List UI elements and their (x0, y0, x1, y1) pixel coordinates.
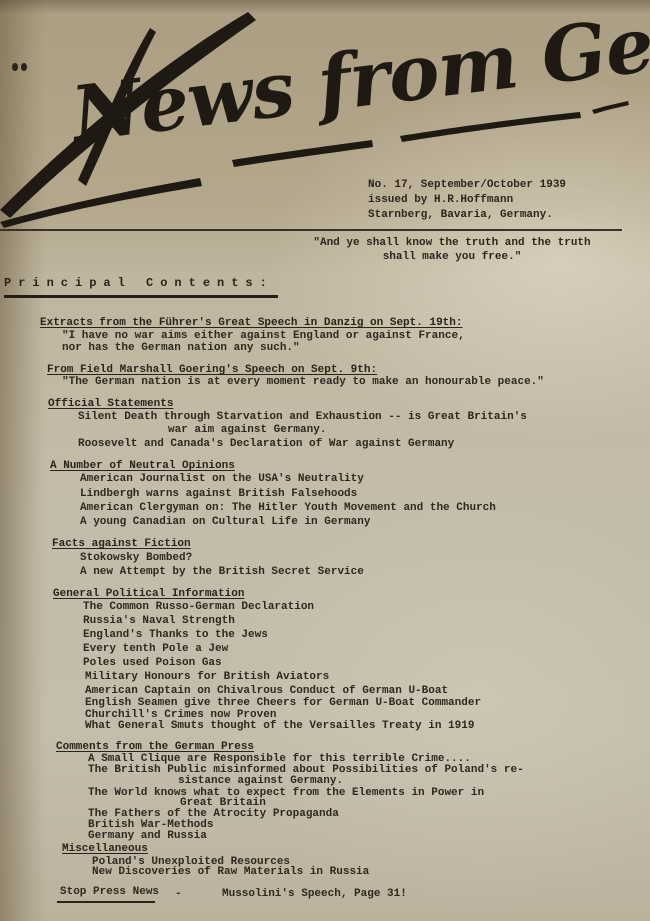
list-item: Roosevelt and Canada's Declaration of Wa… (78, 438, 454, 450)
list-item: Military Honours for British Aviators (85, 671, 329, 683)
list-item: American Journalist on the USA's Neutral… (80, 473, 364, 485)
list-item: "I have no war aims either against Engla… (62, 330, 465, 342)
list-item: The World knows what to expect from the … (88, 787, 484, 799)
stop-press-label: Stop Press News (60, 886, 159, 898)
section-heading: Comments from the German Press (56, 741, 254, 753)
stop-press-text: Mussolini's Speech, Page 31! (222, 888, 407, 900)
section-heading: General Political Information (53, 588, 244, 600)
list-item: Stokowsky Bombed? (80, 552, 192, 564)
list-item: A young Canadian on Cultural Life in Ger… (80, 516, 370, 528)
list-item: Silent Death through Starvation and Exha… (78, 411, 527, 423)
section-heading: Official Statements (48, 398, 173, 410)
list-item: Germany and Russia (88, 830, 207, 842)
list-item: "The German nation is at every moment re… (62, 376, 544, 388)
list-item: New Discoveries of Raw Materials in Russ… (92, 866, 369, 878)
list-item: American Clergyman on: The Hitler Youth … (80, 502, 496, 514)
section-heading: From Field Marshall Goering's Speech on … (47, 364, 377, 376)
section-heading: Facts against Fiction (52, 538, 191, 550)
list-item: English Seamen give three Cheers for Ger… (85, 697, 481, 709)
section-heading: Miscellaneous (62, 843, 148, 855)
section-heading: A Number of Neutral Opinions (50, 460, 235, 472)
list-item: The Common Russo-German Declaration (83, 601, 314, 613)
list-item: What General Smuts thought of the Versai… (85, 720, 474, 732)
list-item: A new Attempt by the British Secret Serv… (80, 566, 364, 578)
section-heading: Extracts from the Führer's Great Speech … (40, 317, 462, 329)
table-of-contents: Extracts from the Führer's Great Speech … (0, 0, 650, 921)
list-item: Poles used Poison Gas (83, 657, 222, 669)
stop-press-separator: - (175, 888, 182, 900)
list-item: American Captain on Chivalrous Conduct o… (85, 685, 448, 697)
list-item: war aim against Germany. (168, 424, 326, 436)
list-item: Russia's Naval Strength (83, 615, 235, 627)
list-item: sistance against Germany. (178, 775, 343, 787)
list-item: nor has the German nation any such." (62, 342, 300, 354)
stop-press-rule (57, 901, 155, 903)
list-item: Lindbergh warns against British Falsehoo… (80, 488, 357, 500)
list-item: England's Thanks to the Jews (83, 629, 268, 641)
list-item: Every tenth Pole a Jew (83, 643, 228, 655)
